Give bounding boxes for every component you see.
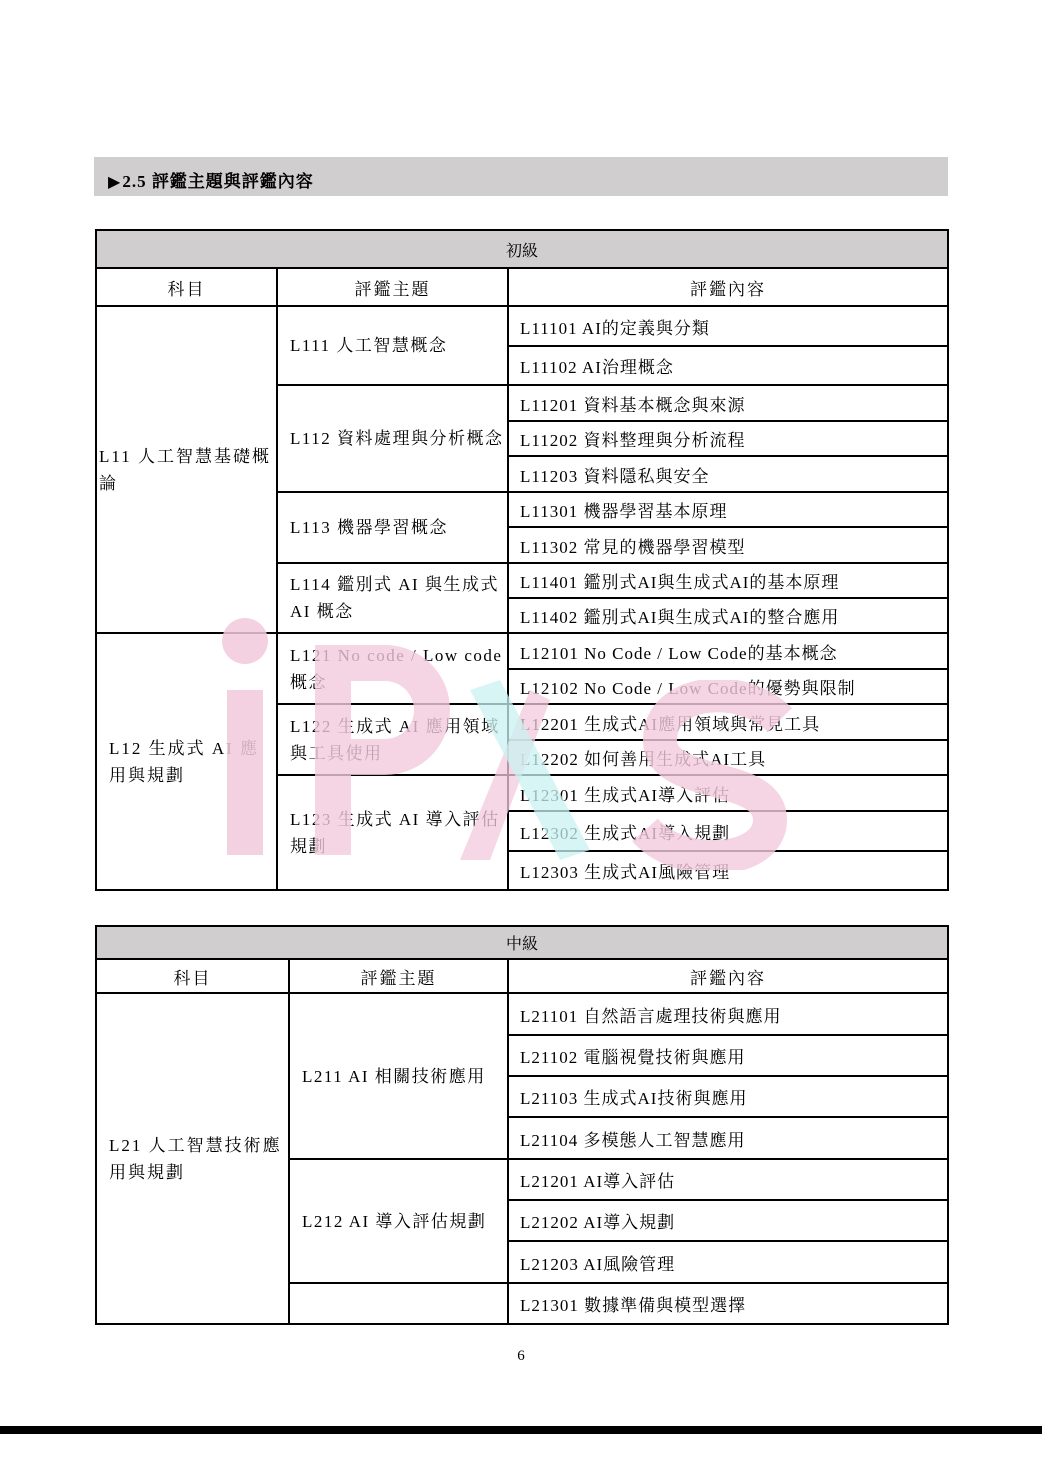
content-cell: L21201 AI導入評估	[508, 1159, 948, 1200]
topic-cell: L122 生成式 AI 應用領域與工具使用	[277, 704, 508, 775]
content-cell: L21301 數據準備與模型選擇	[508, 1283, 948, 1324]
column-header-content: 評鑑內容	[508, 268, 948, 306]
subject-cell: L21 人工智慧技術應用與規劃	[96, 993, 289, 1324]
content-cell: L12303 生成式AI風險管理	[508, 851, 948, 890]
content-cell: L11302 常見的機器學習模型	[508, 527, 948, 563]
column-header-subject: 科目	[96, 268, 277, 306]
content-cell: L11203 資料隱私與安全	[508, 456, 948, 492]
section-title: ▶2.5 評鑑主題與評鑑內容	[108, 167, 314, 192]
content-cell: L11202 資料整理與分析流程	[508, 421, 948, 456]
content-cell: L21104 多模態人工智慧應用	[508, 1117, 948, 1159]
topic-cell-empty	[289, 1283, 508, 1324]
content-cell: L21203 AI風險管理	[508, 1241, 948, 1283]
content-cell: L11201 資料基本概念與來源	[508, 385, 948, 421]
table-caption-beginner: 初級	[96, 230, 948, 268]
column-header-topic: 評鑑主題	[277, 268, 508, 306]
subject-cell: L12 生成式 AI 應用與規劃	[96, 633, 277, 890]
column-header-subject: 科目	[96, 959, 289, 993]
topic-cell: L123 生成式 AI 導入評估規劃	[277, 775, 508, 890]
content-cell: L12302 生成式AI導入規劃	[508, 811, 948, 851]
section-title-text: 評鑑主題與評鑑內容	[152, 172, 314, 191]
content-cell: L11401 鑑別式AI與生成式AI的基本原理	[508, 563, 948, 598]
content-cell: L11102 AI治理概念	[508, 346, 948, 385]
column-header-content: 評鑑內容	[508, 959, 948, 993]
content-cell: L12202 如何善用生成式AI工具	[508, 740, 948, 775]
topic-cell: L212 AI 導入評估規劃	[289, 1159, 508, 1283]
intermediate-level-table: 中級 科目 評鑑主題 評鑑內容 L21 人工智慧技術應用與規劃 L211 AI …	[95, 925, 949, 1325]
table-caption-intermediate: 中級	[96, 926, 948, 959]
content-cell: L11301 機器學習基本原理	[508, 492, 948, 527]
topic-cell: L114 鑑別式 AI 與生成式 AI 概念	[277, 563, 508, 633]
topic-cell: L112 資料處理與分析概念	[277, 385, 508, 492]
content-cell: L21101 自然語言處理技術與應用	[508, 993, 948, 1035]
triangle-bullet-icon: ▶	[108, 174, 121, 191]
section-heading-bar: ▶2.5 評鑑主題與評鑑內容	[94, 157, 948, 196]
topic-cell: L211 AI 相關技術應用	[289, 993, 508, 1159]
content-cell: L12301 生成式AI導入評估	[508, 775, 948, 811]
content-cell: L11101 AI的定義與分類	[508, 306, 948, 346]
content-cell: L21103 生成式AI技術與應用	[508, 1076, 948, 1117]
topic-cell: L111 人工智慧概念	[277, 306, 508, 385]
column-header-topic: 評鑑主題	[289, 959, 508, 993]
section-number: 2.5	[122, 172, 146, 191]
content-cell: L12201 生成式AI應用領域與常見工具	[508, 704, 948, 740]
content-cell: L12102 No Code / Low Code的優勢與限制	[508, 669, 948, 704]
content-cell: L12101 No Code / Low Code的基本概念	[508, 633, 948, 669]
topic-cell: L121 No code / Low code 概念	[277, 633, 508, 704]
content-cell: L21202 AI導入規劃	[508, 1200, 948, 1241]
footer-rule	[0, 1426, 1042, 1434]
page-number: 6	[0, 1348, 1042, 1365]
content-cell: L11402 鑑別式AI與生成式AI的整合應用	[508, 598, 948, 633]
beginner-level-table: 初級 科目 評鑑主題 評鑑內容 L11 人工智慧基礎概論 L111 人工智慧概念…	[95, 229, 949, 891]
content-cell: L21102 電腦視覺技術與應用	[508, 1035, 948, 1076]
topic-cell: L113 機器學習概念	[277, 492, 508, 563]
subject-cell: L11 人工智慧基礎概論	[96, 306, 277, 633]
